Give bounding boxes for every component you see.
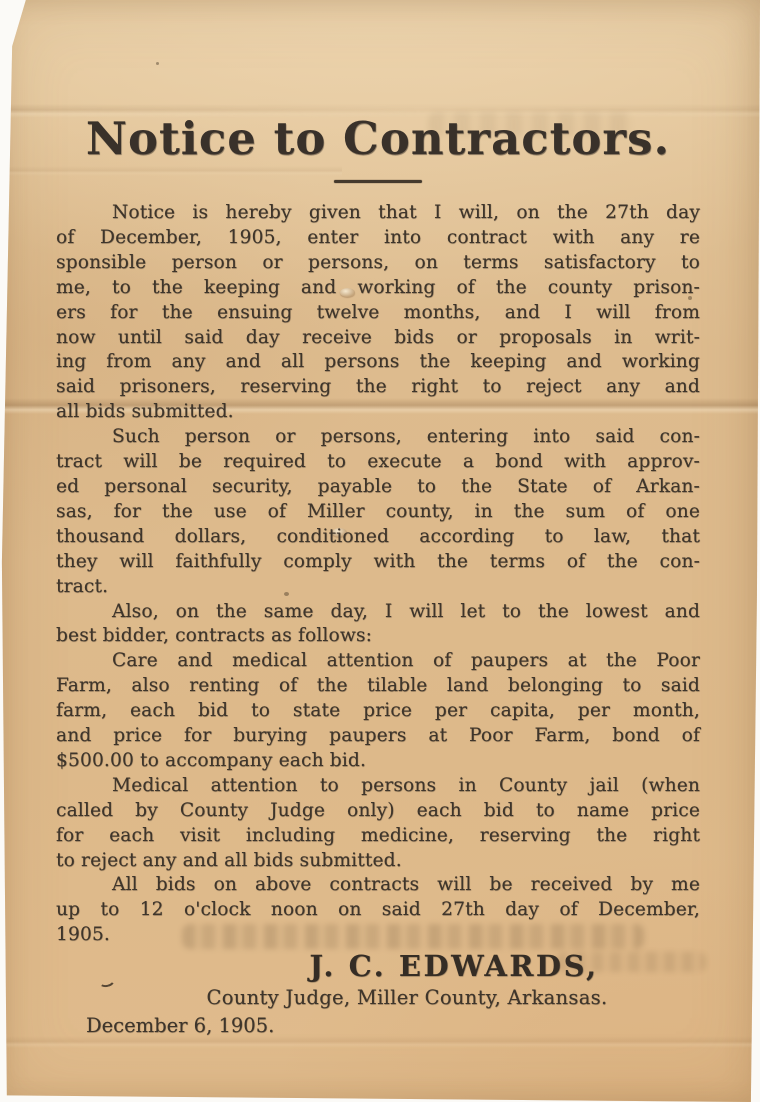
text-line: Medical attention to persons in County j…: [56, 774, 700, 799]
title-divider: [334, 180, 422, 183]
text-line: me, to the keeping and working of the co…: [56, 276, 700, 301]
text-line: Also, on the same day, I will let to the…: [56, 600, 700, 625]
text-line: and price for burying paupers at Poor Fa…: [56, 724, 700, 749]
fold-crease: [0, 1036, 760, 1048]
date-line: December 6, 1905.: [86, 1014, 700, 1037]
text-line: sponsible person or persons, on terms sa…: [56, 251, 700, 276]
text-line: ed personal security, payable to the Sta…: [56, 475, 700, 500]
text-line: called by County Judge only) each bid to…: [56, 799, 700, 824]
paragraph: Also, on the same day, I will let to the…: [56, 600, 700, 650]
paragraph: Medical attention to persons in County j…: [56, 774, 700, 874]
printed-content: Notice to Contractors. Notice is hereby …: [56, 112, 700, 1037]
text-line: Care and medical attention of paupers at…: [56, 649, 700, 674]
paragraph: All bids on above contracts will be rece…: [56, 873, 700, 948]
paragraph: Care and medical attention of paupers at…: [56, 649, 700, 774]
document-title: Notice to Contractors.: [56, 112, 700, 166]
text-line: said prisoners, reserving the right to r…: [56, 375, 700, 400]
paper-sheet: Notice to Contractors. Notice is hereby …: [0, 0, 760, 1102]
text-line: best bidder, contracts as follows:: [56, 624, 700, 649]
text-line: Notice is hereby given that I will, on t…: [56, 201, 700, 226]
ink-speck: [156, 62, 159, 65]
text-line: 1905.: [56, 923, 700, 948]
text-line: tract.: [56, 575, 700, 600]
text-line: All bids on above contracts will be rece…: [56, 873, 700, 898]
text-line: $500.00 to accompany each bid.: [56, 749, 700, 774]
text-line: ers for the ensuing twelve months, and I…: [56, 301, 700, 326]
text-line: all bids submitted.: [56, 400, 700, 425]
document-body: Notice is hereby given that I will, on t…: [56, 201, 700, 948]
text-line: Such person or persons, entering into sa…: [56, 425, 700, 450]
paragraph: Notice is hereby given that I will, on t…: [56, 201, 700, 425]
text-line: up to 12 o'clock noon on said 27th day o…: [56, 898, 700, 923]
text-line: sas, for the use of Miller county, in th…: [56, 500, 700, 525]
text-line: they will faithfully comply with the ter…: [56, 550, 700, 575]
text-line: ing from any and all persons the keeping…: [56, 350, 700, 375]
text-line: to reject any and all bids submitted.: [56, 849, 700, 874]
text-line: of December, 1905, enter into contract w…: [56, 226, 700, 251]
text-line: thousand dollars, conditioned according …: [56, 525, 700, 550]
signature-role: County Judge, Miller County, Arkansas.: [56, 986, 700, 1009]
text-line: tract will be required to execute a bond…: [56, 450, 700, 475]
paragraph: Such person or persons, entering into sa…: [56, 425, 700, 599]
text-line: farm, each bid to state price per capita…: [56, 699, 700, 724]
text-line: now until said day receive bids or propo…: [56, 326, 700, 351]
text-line: Farm, also renting of the tilable land b…: [56, 674, 700, 699]
signature-name: J. C. EDWARDS,: [56, 949, 700, 983]
text-line: for each visit including medicine, reser…: [56, 824, 700, 849]
scanned-document: Notice to Contractors. Notice is hereby …: [0, 0, 760, 1102]
